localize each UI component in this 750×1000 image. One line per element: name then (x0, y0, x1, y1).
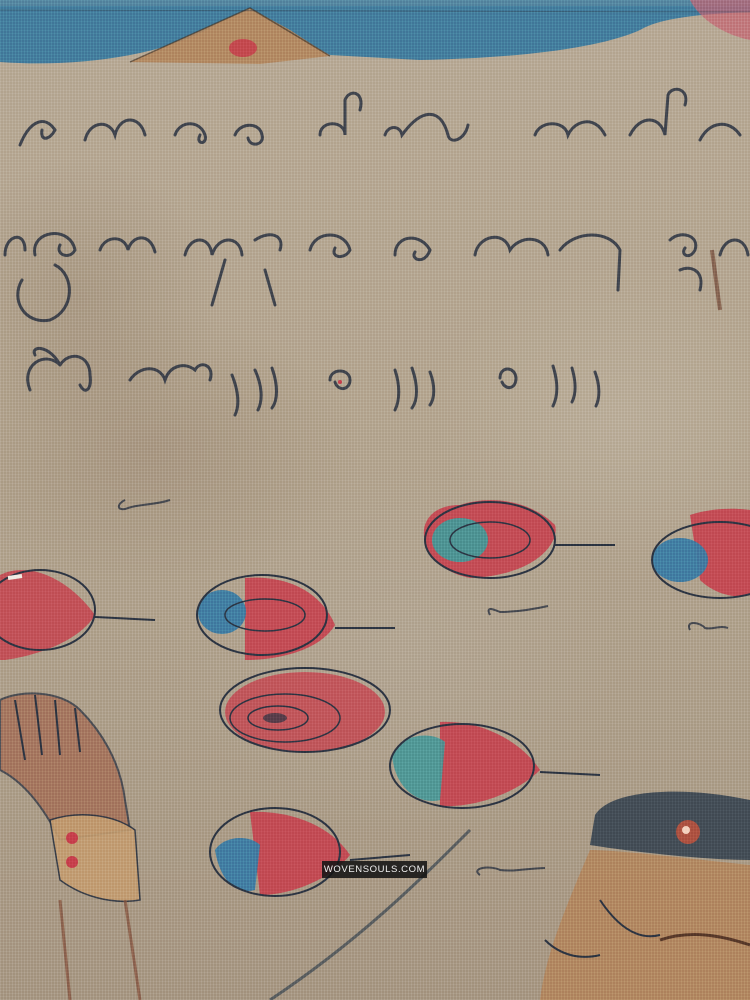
shell-drawing-2 (652, 509, 750, 598)
squiggle-mark-4 (477, 868, 545, 875)
watermark-label: WOVENSOULS.COM (322, 861, 427, 878)
shell-drawing-1 (424, 500, 615, 578)
shell-drawing-6 (390, 722, 600, 808)
shell-drawing-4 (197, 575, 395, 660)
demon-head-drawing (540, 792, 750, 1000)
drawn-figures (0, 0, 750, 1000)
shell-drawing-7 (210, 808, 470, 1000)
squiggle-mark-3 (689, 623, 728, 630)
shell-drawing-3 (0, 570, 155, 660)
painted-cloth-photo: WOVENSOULS.COM (0, 0, 750, 1000)
shell-drawing-5 (220, 668, 390, 752)
raised-fist-drawing (0, 693, 140, 1000)
squiggle-mark-1 (119, 500, 170, 509)
squiggle-mark-2 (489, 606, 548, 615)
